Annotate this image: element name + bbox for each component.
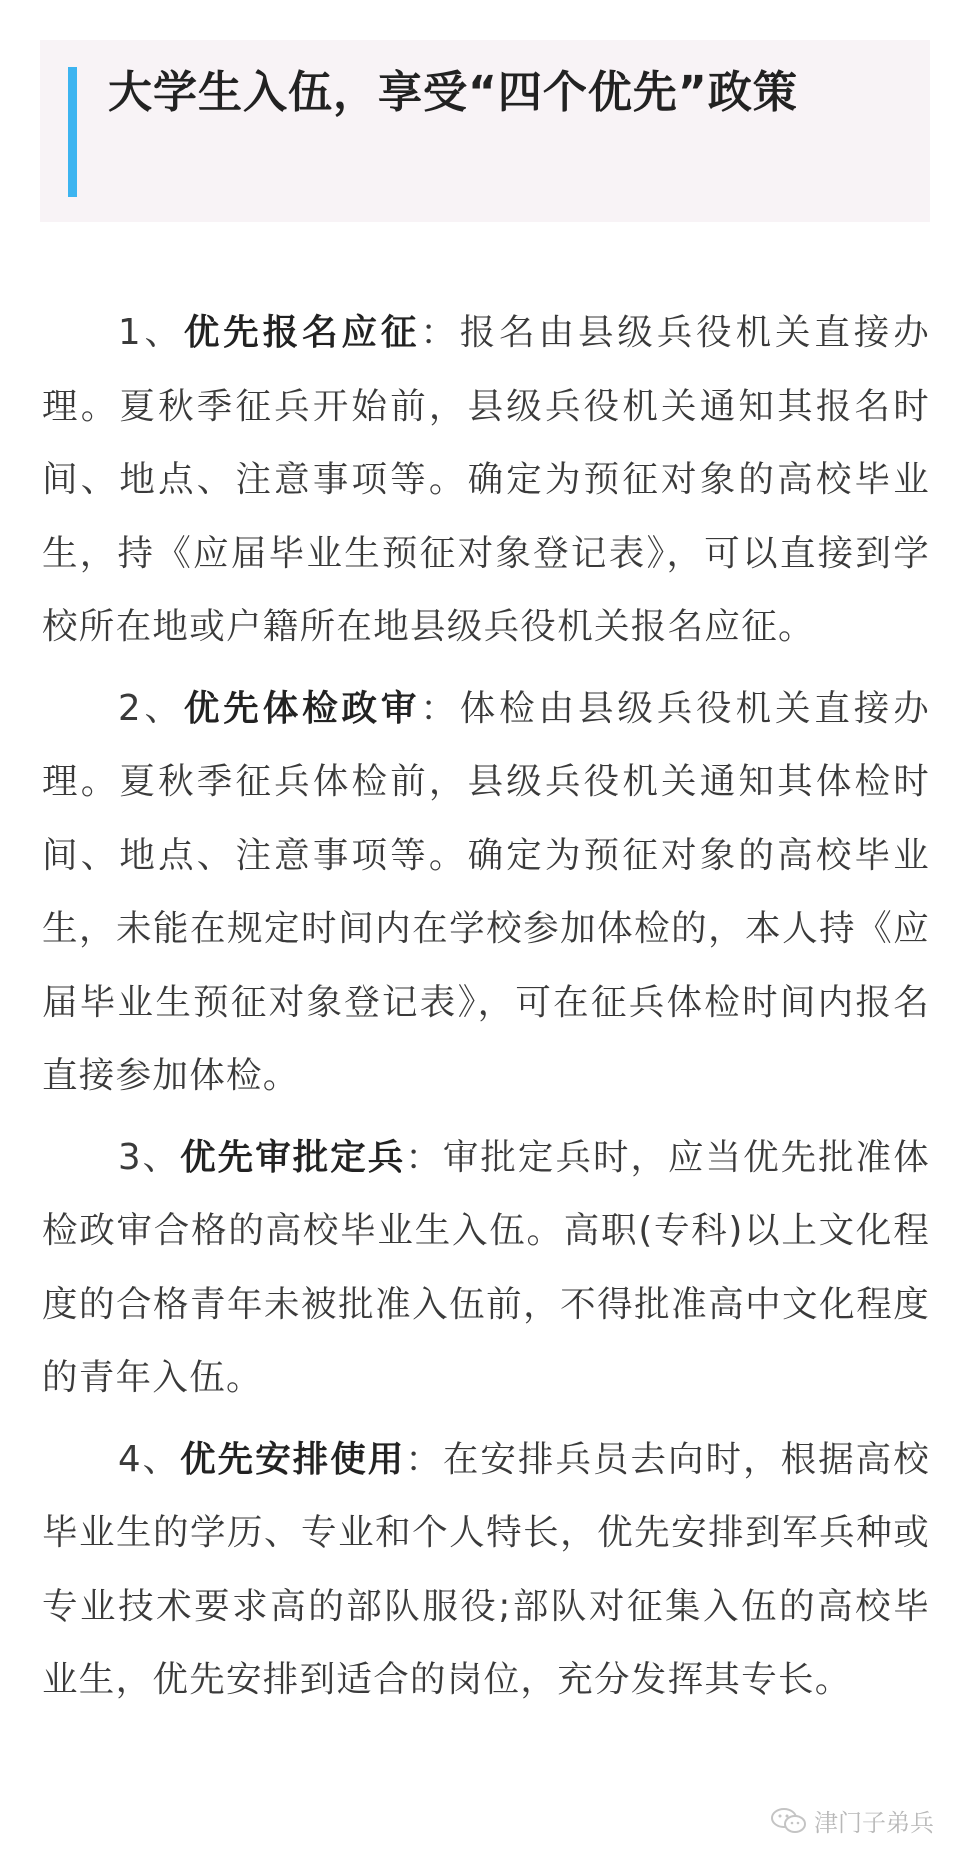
paragraph-4: 4、优先安排使用：在安排兵员去向时，根据高校毕业生的学历、专业和个人特长，优先安…: [42, 1423, 930, 1717]
paragraph-colon: ：: [420, 688, 459, 729]
watermark: 津门子弟兵: [770, 1803, 934, 1838]
title-box: 大学生入伍，享受“四个优先”政策: [40, 40, 930, 222]
wechat-icon: [770, 1807, 808, 1835]
paragraph-heading: 优先安排使用: [180, 1439, 405, 1480]
watermark-text: 津门子弟兵: [814, 1803, 934, 1838]
paragraph-heading: 优先审批定兵: [180, 1137, 405, 1178]
paragraph-number: 1、: [118, 312, 184, 353]
paragraph-body: 报名由县级兵役机关直接办理。夏秋季征兵开始前，县级兵役机关通知其报名时间、地点、…: [42, 312, 930, 647]
paragraph-colon: ：: [405, 1439, 443, 1480]
paragraph-body: 体检由县级兵役机关直接办理。夏秋季征兵体检前，县级兵役机关通知其体检时间、地点、…: [42, 688, 930, 1097]
paragraph-heading: 优先报名应征: [184, 312, 420, 353]
paragraph-3: 3、优先审批定兵：审批定兵时，应当优先批准体检政审合格的高校毕业生入伍。高职(专…: [42, 1121, 930, 1415]
paragraph-colon: ：: [405, 1137, 443, 1178]
paragraph-number: 4、: [118, 1439, 180, 1480]
paragraph-colon: ：: [420, 312, 459, 353]
article-body: 1、优先报名应征：报名由县级兵役机关直接办理。夏秋季征兵开始前，县级兵役机关通知…: [42, 296, 930, 1717]
article-title: 大学生入伍，享受“四个优先”政策: [108, 62, 908, 124]
paragraph-heading: 优先体检政审: [184, 688, 420, 729]
accent-bar: [68, 67, 77, 197]
paragraph-number: 2、: [118, 688, 184, 729]
paragraph-1: 1、优先报名应征：报名由县级兵役机关直接办理。夏秋季征兵开始前，县级兵役机关通知…: [42, 296, 930, 664]
paragraph-2: 2、优先体检政审：体检由县级兵役机关直接办理。夏秋季征兵体检前，县级兵役机关通知…: [42, 672, 930, 1113]
paragraph-number: 3、: [118, 1137, 180, 1178]
